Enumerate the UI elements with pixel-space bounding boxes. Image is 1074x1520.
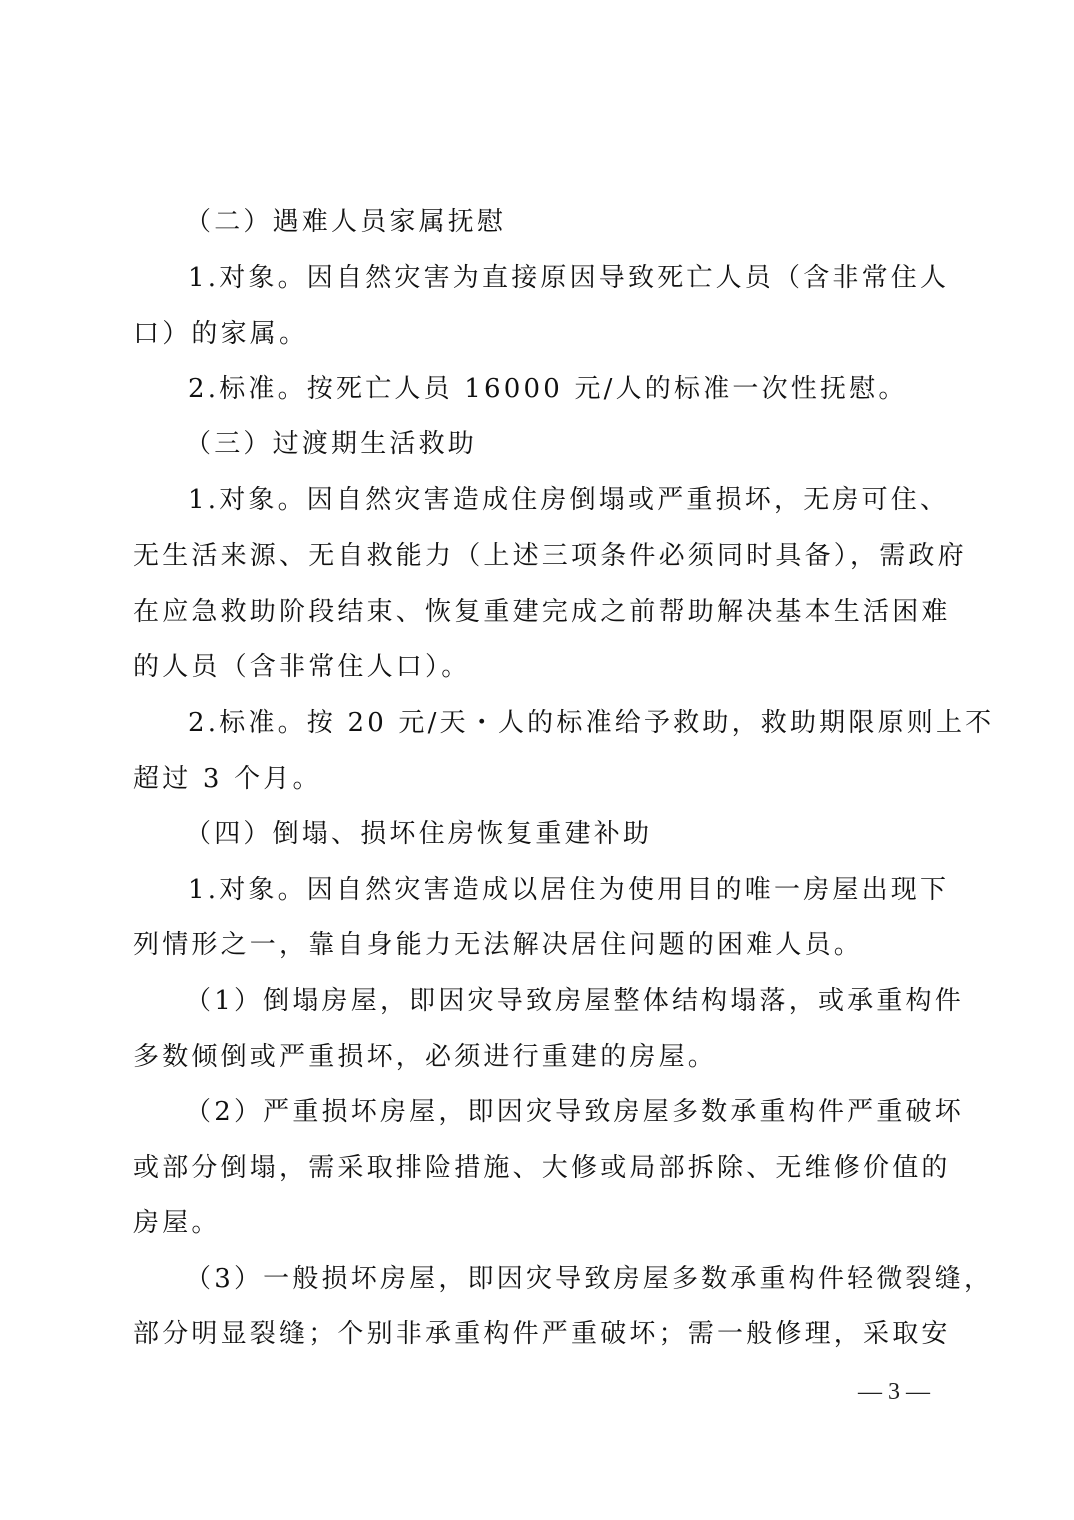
paragraph-line: 超过 3 个月。 <box>133 763 945 795</box>
paragraph-line: 1.对象。因自然灾害造成住房倒塌或严重损坏，无房可住、 <box>188 484 945 516</box>
paragraph-line: （2）严重损坏房屋，即因灾导致房屋多数承重构件严重破坏 <box>185 1096 945 1128</box>
section-heading-2: （二）遇难人员家属抚慰 <box>185 206 997 238</box>
paragraph-line: 口）的家属。 <box>133 318 945 350</box>
paragraph-line: 或部分倒塌，需采取排险措施、大修或局部拆除、无维修价值的 <box>133 1152 945 1184</box>
paragraph-line: （1）倒塌房屋，即因灾导致房屋整体结构塌落，或承重构件 <box>185 985 945 1017</box>
document-page: （二）遇难人员家属抚慰 1.对象。因自然灾害为直接原因导致死亡人员（含非常住人 … <box>0 0 1074 1520</box>
paragraph-line: 多数倾倒或严重损坏，必须进行重建的房屋。 <box>133 1041 945 1073</box>
paragraph-line: 的人员（含非常住人口）。 <box>133 651 945 683</box>
paragraph-line: 在应急救助阶段结束、恢复重建完成之前帮助解决基本生活困难 <box>133 596 945 628</box>
paragraph-line: （3）一般损坏房屋，即因灾导致房屋多数承重构件轻微裂缝， <box>185 1263 947 1295</box>
paragraph-line: 1.对象。因自然灾害造成以居住为使用目的唯一房屋出现下 <box>188 874 945 906</box>
paragraph-line: 1.对象。因自然灾害为直接原因导致死亡人员（含非常住人 <box>188 262 945 294</box>
paragraph-line: 2.标准。按 20 元/天・人的标准给予救助，救助期限原则上不 <box>188 707 945 739</box>
page-number: — 3 — <box>858 1377 948 1407</box>
paragraph-line: 部分明显裂缝；个别非承重构件严重破坏；需一般修理，采取安 <box>133 1318 945 1350</box>
paragraph-line: 无生活来源、无自救能力（上述三项条件必须同时具备），需政府 <box>133 540 945 572</box>
paragraph-line: 房屋。 <box>133 1207 945 1239</box>
paragraph-line: 列情形之一，靠自身能力无法解决居住问题的困难人员。 <box>133 929 945 961</box>
paragraph-line: 2.标准。按死亡人员 16000 元/人的标准一次性抚慰。 <box>188 373 1000 405</box>
section-heading-3: （三）过渡期生活救助 <box>185 428 997 460</box>
section-heading-4: （四）倒塌、损坏住房恢复重建补助 <box>185 818 997 850</box>
